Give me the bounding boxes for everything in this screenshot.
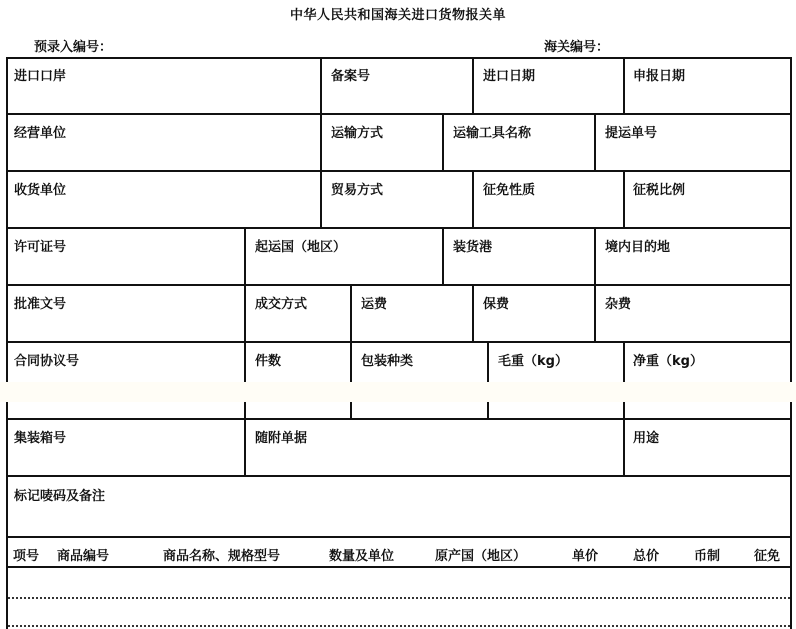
usage-label: 用途: [633, 427, 659, 446]
transaction-mode-label: 成交方式: [255, 293, 307, 312]
field-misc-fees[interactable]: 杂费: [596, 286, 790, 341]
vehicle-name-label: 运输工具名称: [453, 122, 531, 141]
field-import-port[interactable]: 进口口岸: [8, 59, 320, 113]
field-bill-of-lading[interactable]: 提运单号: [596, 115, 790, 170]
field-contract-number[interactable]: 合同协议号: [8, 343, 244, 418]
import-date-label: 进口日期: [483, 65, 535, 84]
table-right-border: [790, 57, 792, 382]
col-total-price: 总价: [633, 545, 659, 564]
goods-row-divider: [8, 625, 790, 627]
exemption-nature-label: 征免性质: [483, 179, 535, 198]
net-weight-label: 净重（kg）: [633, 350, 703, 369]
field-license-number[interactable]: 许可证号: [8, 229, 244, 284]
field-exemption-nature[interactable]: 征免性质: [474, 172, 623, 227]
license-number-label: 许可证号: [14, 236, 66, 255]
goods-table-header: 项号 商品编号 商品名称、规格型号 数量及单位 原产国（地区） 单价 总价 币制…: [8, 538, 790, 566]
col-commodity-name-spec: 商品名称、规格型号: [163, 545, 280, 564]
col-currency: 币制: [694, 545, 720, 564]
insurance-label: 保费: [483, 293, 509, 312]
declaration-date-label: 申报日期: [633, 65, 685, 84]
transport-mode-label: 运输方式: [331, 122, 383, 141]
field-freight[interactable]: 运费: [352, 286, 472, 341]
field-package-count[interactable]: 件数: [246, 343, 350, 418]
field-record-number[interactable]: 备案号: [322, 59, 472, 113]
field-insurance[interactable]: 保费: [474, 286, 594, 341]
misc-fees-label: 杂费: [605, 293, 631, 312]
freight-label: 运费: [361, 293, 387, 312]
marks-remarks-label: 标记唛码及备注: [14, 485, 105, 504]
field-package-type[interactable]: 包装种类: [352, 343, 487, 418]
field-net-weight[interactable]: 净重（kg）: [625, 343, 790, 418]
business-unit-label: 经营单位: [14, 122, 66, 141]
col-commodity-code: 商品编号: [57, 545, 109, 564]
field-transport-mode[interactable]: 运输方式: [322, 115, 442, 170]
preentry-number-label: 预录入编号：: [34, 36, 112, 55]
col-unit-price: 单价: [572, 545, 598, 564]
field-marks-remarks[interactable]: 标记唛码及备注: [8, 477, 790, 536]
container-number-label: 集装箱号: [14, 427, 66, 446]
table-right-border: [790, 402, 792, 629]
col-exemption: 征免: [754, 545, 780, 564]
col-origin-country: 原产国（地区）: [435, 545, 526, 564]
field-trade-mode[interactable]: 贸易方式: [322, 172, 472, 227]
field-approval-number[interactable]: 批准文号: [8, 286, 244, 341]
field-tax-ratio[interactable]: 征税比例: [625, 172, 790, 227]
origin-country-label: 起运国（地区）: [255, 236, 346, 255]
form-title: 中华人民共和国海关进口货物报关单: [0, 4, 796, 23]
approval-number-label: 批准文号: [14, 293, 66, 312]
field-usage[interactable]: 用途: [625, 420, 790, 475]
import-port-label: 进口口岸: [14, 65, 66, 84]
field-gross-weight[interactable]: 毛重（kg）: [489, 343, 623, 418]
contract-number-label: 合同协议号: [14, 350, 79, 369]
field-import-date[interactable]: 进口日期: [474, 59, 623, 113]
bill-of-lading-label: 提运单号: [605, 122, 657, 141]
tax-ratio-label: 征税比例: [633, 179, 685, 198]
field-attached-documents[interactable]: 随附单据: [246, 420, 623, 475]
goods-row[interactable]: [8, 568, 790, 597]
domestic-destination-label: 境内目的地: [605, 236, 670, 255]
package-type-label: 包装种类: [361, 350, 413, 369]
field-vehicle-name[interactable]: 运输工具名称: [444, 115, 594, 170]
package-count-label: 件数: [255, 350, 281, 369]
field-transaction-mode[interactable]: 成交方式: [246, 286, 350, 341]
record-number-label: 备案号: [331, 65, 370, 84]
attached-documents-label: 随附单据: [255, 427, 307, 446]
col-item-number: 项号: [13, 545, 39, 564]
loading-port-label: 装货港: [453, 236, 492, 255]
field-consignee[interactable]: 收货单位: [8, 172, 320, 227]
field-origin-country[interactable]: 起运国（地区）: [246, 229, 442, 284]
gross-weight-label: 毛重（kg）: [498, 350, 568, 369]
field-container-number[interactable]: 集装箱号: [8, 420, 244, 475]
customs-number-label: 海关编号：: [544, 36, 609, 55]
field-loading-port[interactable]: 装货港: [444, 229, 594, 284]
trade-mode-label: 贸易方式: [331, 179, 383, 198]
goods-row[interactable]: [8, 599, 790, 625]
col-quantity-unit: 数量及单位: [329, 545, 394, 564]
field-business-unit[interactable]: 经营单位: [8, 115, 320, 170]
consignee-label: 收货单位: [14, 179, 66, 198]
field-declaration-date[interactable]: 申报日期: [625, 59, 790, 113]
field-domestic-destination[interactable]: 境内目的地: [596, 229, 790, 284]
